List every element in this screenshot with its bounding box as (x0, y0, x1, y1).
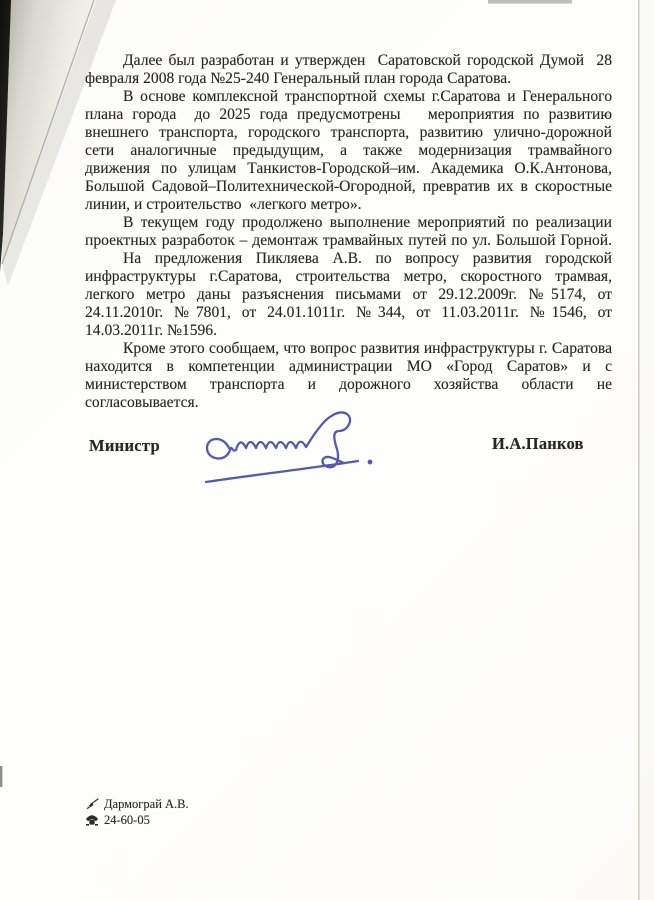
fold-crease-line (2, 0, 94, 264)
corner-dark-wedge (0, 0, 16, 272)
signature-stroke (207, 412, 350, 467)
text-line: 24.11.2010г. №7801, от 24.01.1011г. №344… (85, 304, 612, 322)
text-line: 14.03.2011г. №1596. (85, 322, 612, 340)
executor-phone: 24-60-05 (104, 812, 150, 828)
text-line: Большой Садовой–Политехнической-Огородно… (85, 178, 612, 196)
text-line: февраля 2008 года №25-240 Генеральный пл… (85, 70, 612, 88)
signature-underline (206, 461, 358, 482)
signer-name: И.А.Панков (492, 434, 584, 454)
scanned-letter-page: Далее был разработан и утвержден Саратов… (0, 0, 654, 900)
phone-row: 24-60-05 (85, 812, 189, 828)
text-line: внешнего транспорта, городского транспор… (85, 124, 612, 142)
paragraph: Далее был разработан и утвержден Саратов… (85, 52, 612, 88)
text-line: инфраструктуры г.Саратова, строительства… (85, 268, 612, 286)
signer-title: Министр (89, 436, 160, 456)
paragraph: В основе комплексной транспортной схемы … (85, 88, 612, 214)
text-line: Кроме этого сообщаем, что вопрос развити… (85, 340, 612, 358)
text-line: На предложения Пикляева А.В. по вопросу … (85, 250, 612, 268)
top-edge-strip (488, 0, 572, 4)
footer-block: Дармограй А.В. 24-60-05 (85, 796, 189, 828)
executor-row: Дармограй А.В. (85, 796, 189, 812)
text-line: сети аналогичные предыдущим, а также мод… (85, 142, 612, 160)
right-edge-margin (640, 0, 654, 900)
text-line: движения по улицам Танкистов-Городской–и… (85, 160, 612, 178)
text-line: находится в компетенции администрации МО… (85, 358, 612, 376)
text-line: В текущем году продолжено выполнение мер… (85, 214, 612, 232)
left-edge-sliver (0, 766, 2, 787)
text-line: легкого метро даны разъяснения письмами … (85, 286, 612, 304)
executor-name: Дармограй А.В. (104, 796, 189, 812)
signature-dot (368, 460, 373, 465)
text-line: министерством транспорта и дорожного хоз… (85, 376, 612, 394)
phone-icon (85, 814, 99, 826)
folded-corner-triangle (2, 0, 94, 264)
text-line: проектных разработок – демонтаж трамвайн… (85, 232, 612, 250)
handwritten-signature (198, 406, 438, 516)
pen-icon (85, 798, 99, 810)
paragraph: На предложения Пикляева А.В. по вопросу … (85, 250, 612, 340)
document-body: Далее был разработан и утвержден Саратов… (85, 52, 612, 412)
paragraph: В текущем году продолжено выполнение мер… (85, 214, 612, 250)
text-line: В основе комплексной транспортной схемы … (85, 88, 612, 106)
text-line: линии, и строительство «легкого метро». (85, 196, 612, 214)
right-edge-line (638, 0, 640, 900)
text-line: Далее был разработан и утвержден Саратов… (85, 52, 612, 70)
paragraph: Кроме этого сообщаем, что вопрос развити… (85, 340, 612, 412)
text-line: плана города до 2025 года предусмотрены … (85, 106, 612, 124)
